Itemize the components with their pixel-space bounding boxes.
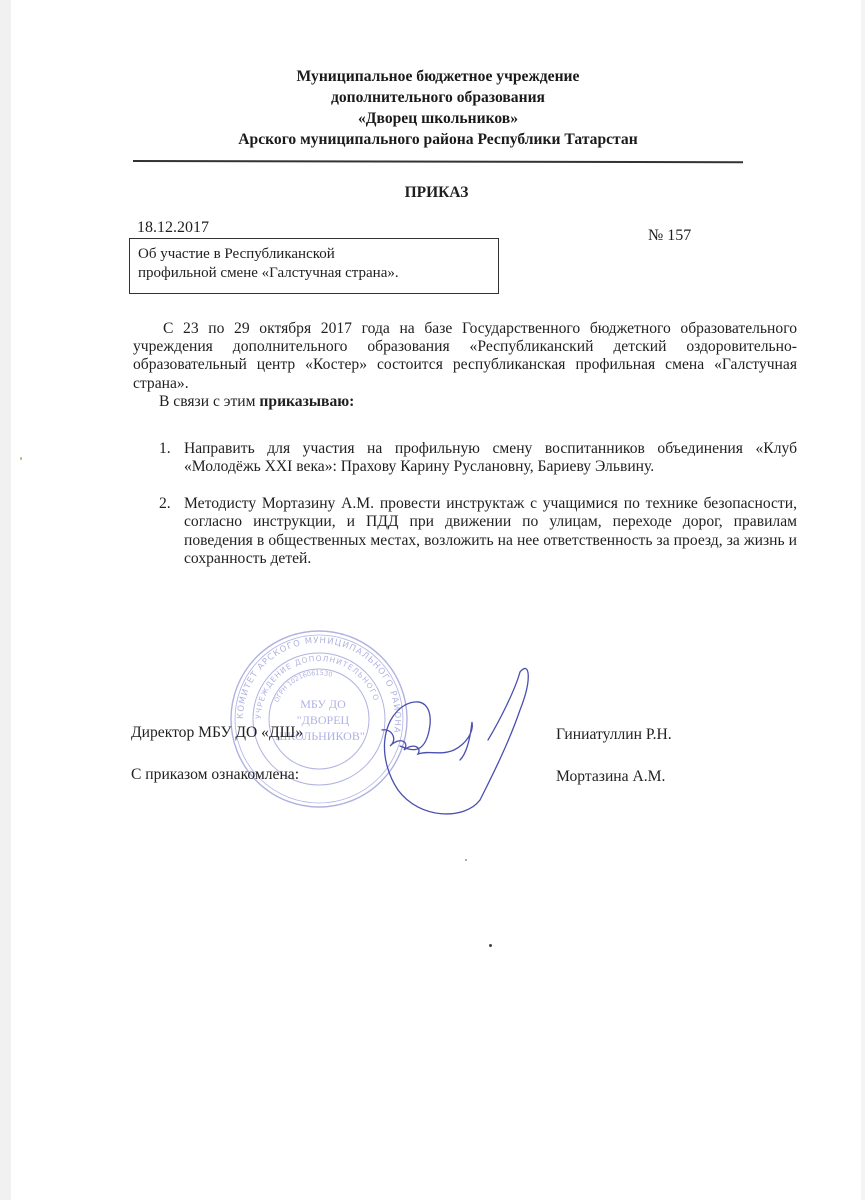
organization-header: Муниципальное бюджетное учреждение допол… (130, 66, 746, 150)
item-text: Методисту Мортазину А.М. провести инстру… (184, 495, 797, 569)
order-statement: В связи с этим приказываю: (133, 393, 797, 411)
intro-paragraph: С 23 по 29 октября 2017 года на базе Гос… (133, 320, 797, 393)
order-word: приказываю: (259, 393, 354, 410)
header-line: «Дворец школьников» (130, 108, 746, 129)
header-line: дополнительного образования (130, 87, 746, 108)
order-date: 18.12.2017 (137, 219, 209, 237)
stamp-center-line: "ДВОРЕЦ (297, 713, 350, 727)
order-item: 1. Направить для участия на профильную с… (159, 440, 797, 477)
scan-edge-right (861, 0, 865, 1200)
scan-edge-left (0, 0, 11, 1200)
subject-line: профильной смене «Галстучная страна». (138, 264, 498, 283)
scan-speck (465, 859, 467, 861)
document-type: ПРИКАЗ (405, 184, 469, 201)
stamp-center-line: МБУ ДО (300, 697, 346, 711)
order-item: 2. Методисту Мортазину А.М. провести инс… (159, 495, 797, 569)
order-prefix: В связи с этим (159, 393, 259, 410)
scan-speck (489, 944, 492, 947)
header-line: Муниципальное бюджетное учреждение (130, 66, 746, 87)
director-name: Гиниатуллин Р.Н. (556, 726, 672, 744)
order-number: № 157 (648, 227, 691, 245)
subject-line: Об участие в Республиканской (138, 245, 498, 264)
header-line: Арского муниципального района Республики… (130, 129, 746, 150)
acknowledged-label: С приказом ознакомлена: (131, 766, 299, 784)
acknowledged-name: Мортазина А.М. (556, 768, 665, 786)
header-divider (133, 160, 743, 163)
document-body: С 23 по 29 октября 2017 года на базе Гос… (133, 320, 797, 411)
signature-icon (370, 650, 550, 820)
document-title: ПРИКАЗ (0, 184, 865, 202)
director-label: Директор МБУ ДО «ДШ» (131, 724, 303, 742)
subject-box: Об участие в Республиканской профильной … (129, 238, 499, 294)
item-number: 1. (159, 440, 184, 477)
item-number: 2. (159, 495, 184, 569)
scan-speck (20, 457, 22, 460)
item-text: Направить для участия на профильную смен… (184, 440, 797, 477)
